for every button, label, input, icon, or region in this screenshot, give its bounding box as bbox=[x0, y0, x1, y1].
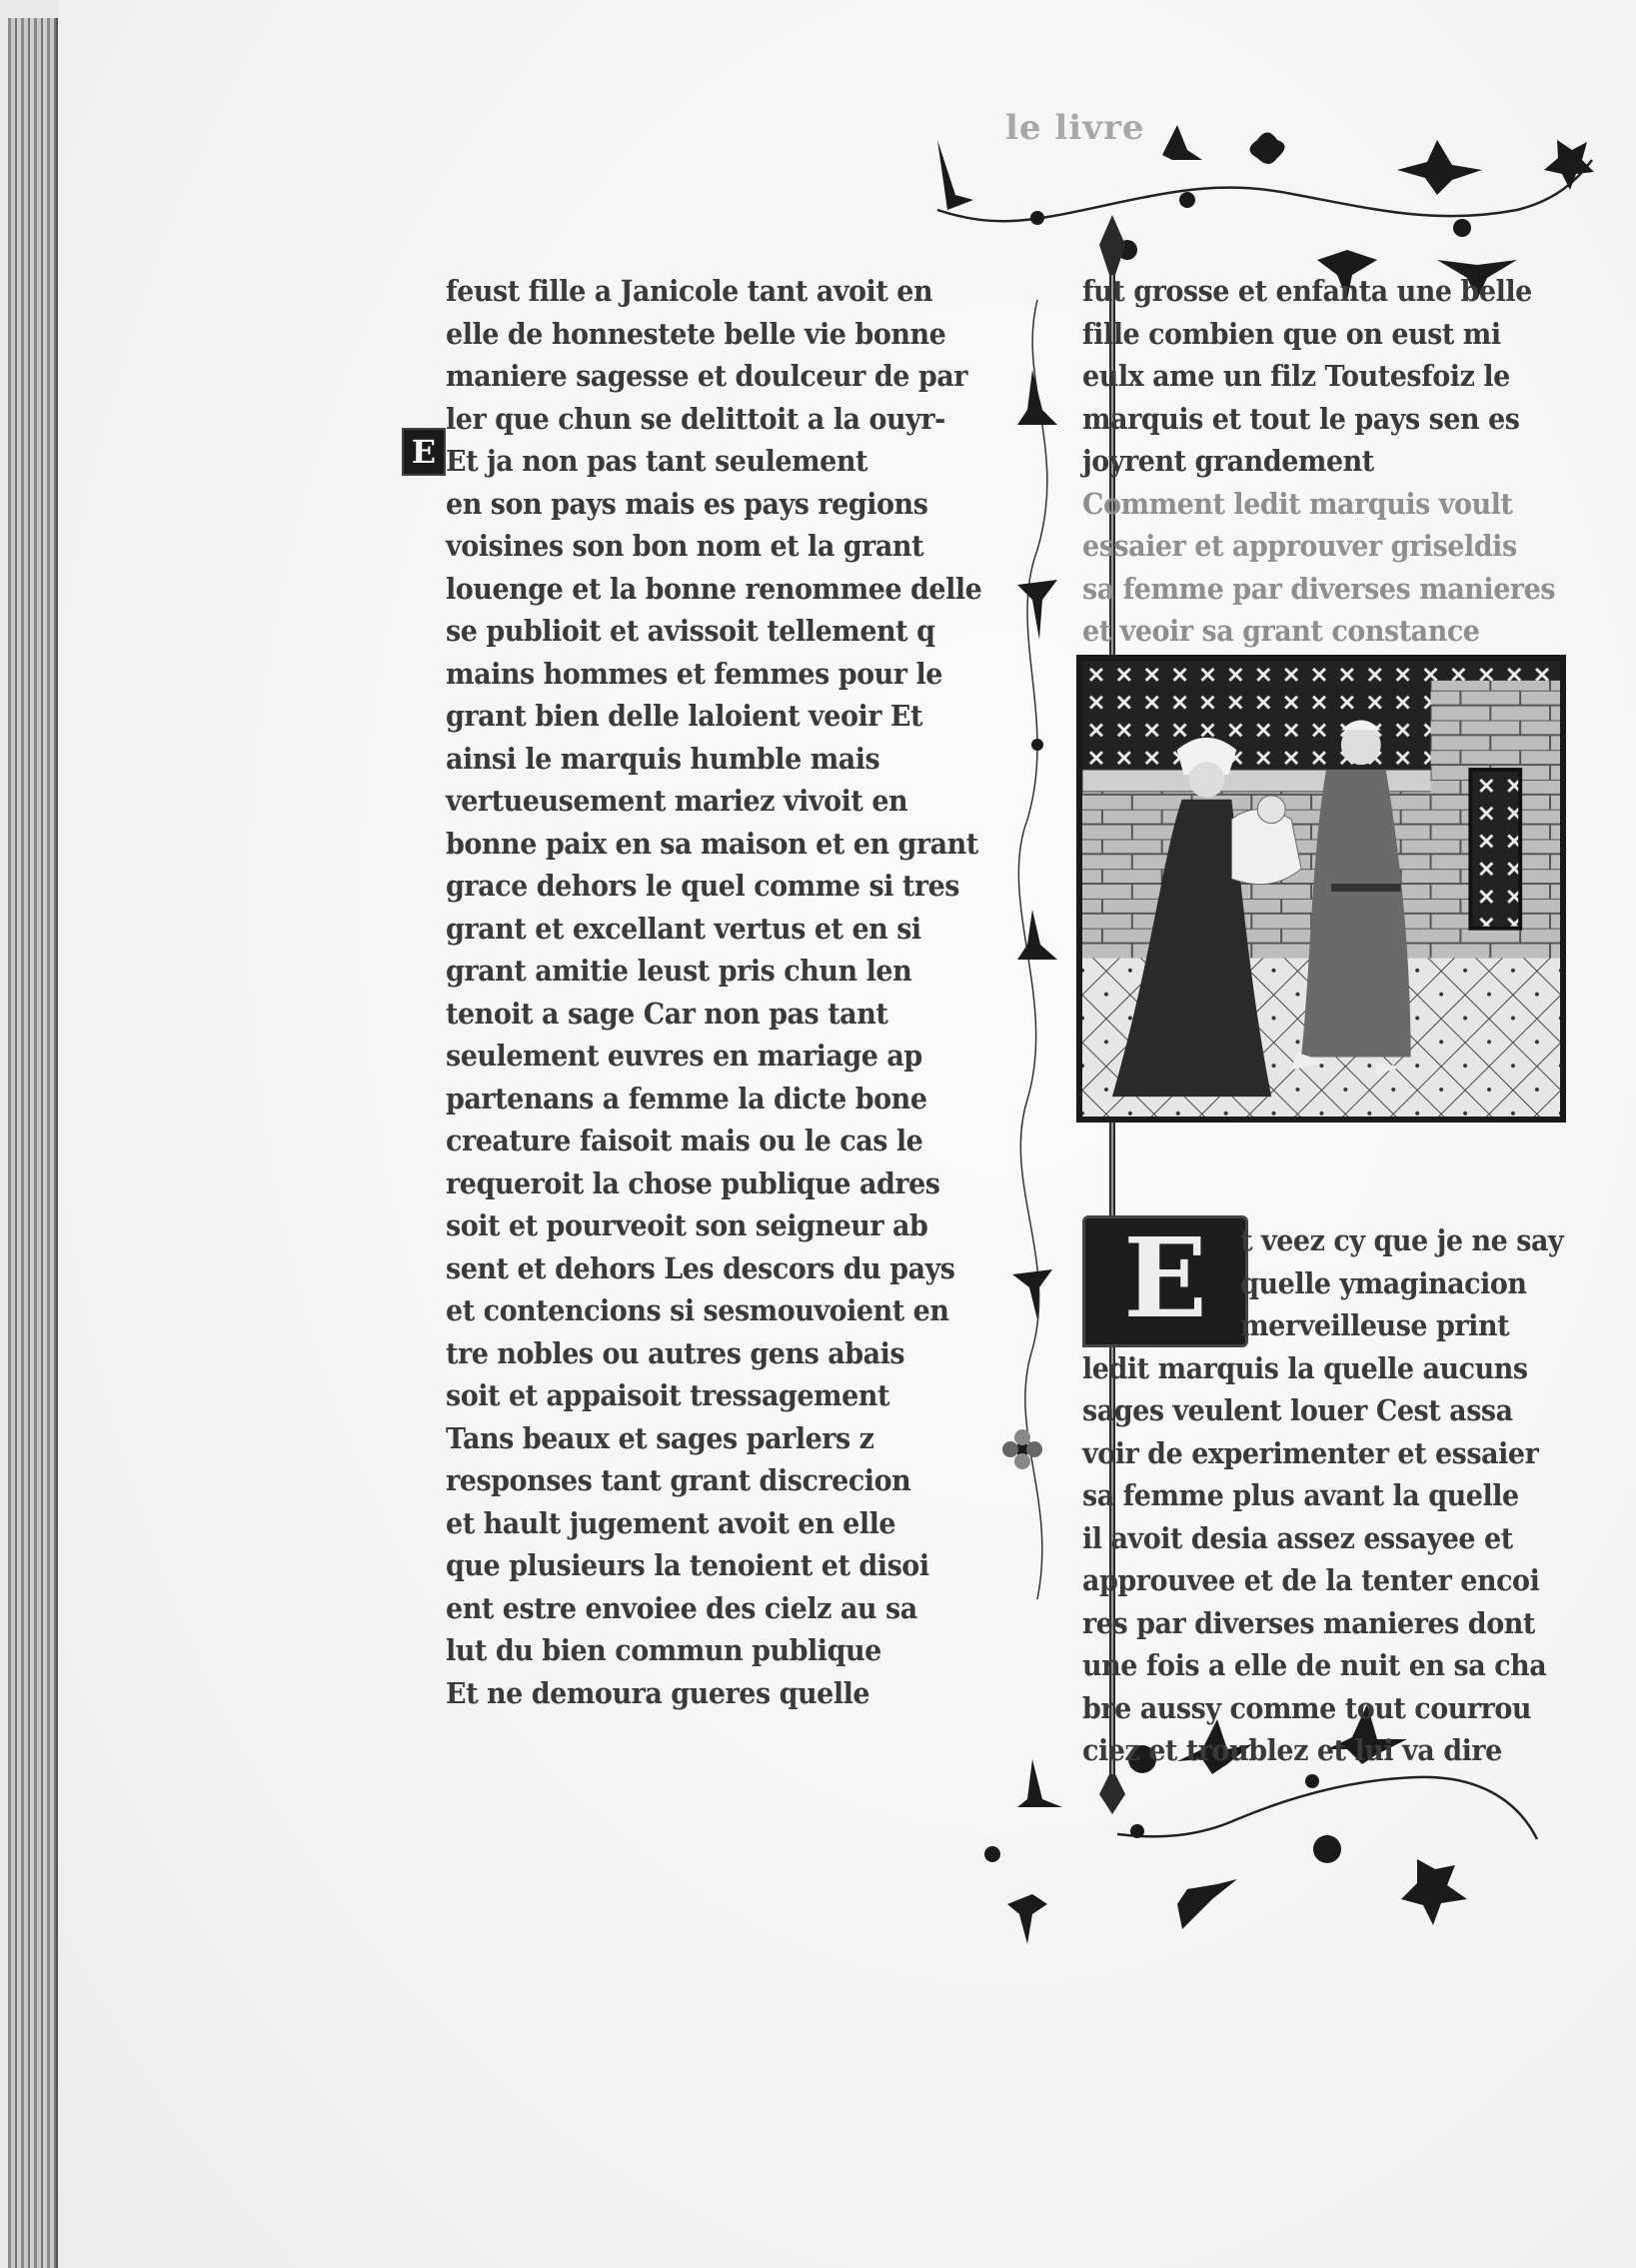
text-line: ainsi le marquis humble mais bbox=[446, 738, 966, 781]
text-line: et contencions si sesmouvoient en bbox=[446, 1289, 966, 1332]
text-line: soit et appaisoit tressagement bbox=[446, 1374, 966, 1417]
text-line: fille combien que on eust mi bbox=[1082, 313, 1575, 356]
text-line: ledit marquis la quelle aucuns bbox=[1082, 1347, 1575, 1390]
text-line: partenans a femme la dicte bone bbox=[446, 1078, 966, 1121]
text-line: vertueusement mariez vivoit en bbox=[446, 780, 966, 823]
manuscript-page: le livre bbox=[58, 0, 1636, 2268]
text-line: mains hommes et femmes pour le bbox=[446, 653, 966, 696]
text-line: creature faisoit mais ou le cas le bbox=[446, 1120, 966, 1162]
text-line: Tans beaux et sages parlers z bbox=[446, 1417, 966, 1460]
text-line: feust fille a Janicole tant avoit en bbox=[446, 270, 966, 313]
text-line: maniere sagesse et doulceur de par bbox=[446, 355, 966, 398]
text-line: tenoit a sage Car non pas tant bbox=[446, 993, 966, 1036]
text-line: sent et dehors Les descors du pays bbox=[446, 1247, 966, 1290]
left-text-column: E feust fille a Janicole tant avoit en e… bbox=[446, 270, 1005, 1714]
miniature-scene-icon bbox=[1082, 661, 1560, 1117]
text-line: une fois a elle de nuit en sa cha bbox=[1082, 1644, 1575, 1687]
text-line: voisines son bon nom et la grant bbox=[446, 525, 966, 568]
text-line: voir de experimenter et essaier bbox=[1082, 1432, 1575, 1475]
text-line: ent estre envoiee des cielz au sa bbox=[446, 1587, 966, 1630]
text-line: bre aussy comme tout courrou bbox=[1082, 1687, 1575, 1730]
text-line: bonne paix en sa maison et en grant bbox=[446, 823, 966, 866]
text-line: marquis et tout le pays sen es bbox=[1082, 398, 1575, 441]
text-line: sages veulent louer Cest assa bbox=[1082, 1389, 1575, 1432]
text-line: approuvee et de la tenter encoi bbox=[1082, 1559, 1575, 1602]
text-line: res par diverses manieres dont bbox=[1082, 1602, 1575, 1645]
text-line: grant amitie leust pris chun len bbox=[446, 950, 966, 993]
text-line: fut grosse et enfanta une belle bbox=[1082, 270, 1575, 313]
text-line: ciez et troublez et lui va dire bbox=[1082, 1729, 1575, 1772]
decorated-initial-e: E bbox=[402, 428, 446, 476]
text-line: quelle ymaginacion bbox=[1082, 1262, 1575, 1305]
text-line: Et ne demoura gueres quelle bbox=[446, 1672, 966, 1715]
text-line: grant bien delle laloient veoir Et bbox=[446, 695, 966, 738]
miniature-illustration bbox=[1076, 655, 1566, 1123]
text-line: requeroit la chose publique adres bbox=[446, 1162, 966, 1205]
text-line: et hault jugement avoit en elle bbox=[446, 1502, 966, 1545]
text-line: grace dehors le quel comme si tres bbox=[446, 865, 966, 908]
text-line: lut du bien commun publique bbox=[446, 1629, 966, 1672]
text-line: louenge et la bonne renommee delle bbox=[446, 568, 966, 611]
text-line: eulx ame un filz Toutesfoiz le bbox=[1082, 355, 1575, 398]
text-line: se publioit et avissoit tellement q bbox=[446, 610, 966, 653]
text-line: grant et excellant vertus et en si bbox=[446, 908, 966, 951]
chapter-rubric: Comment ledit marquis voult essaier et a… bbox=[1082, 483, 1612, 653]
right-text-column-top: fut grosse et enfanta une belle fille co… bbox=[1082, 270, 1612, 653]
rubric-line: Comment ledit marquis voult bbox=[1082, 483, 1575, 526]
right-text-column-bottom: E t veez cy que je ne say quelle ymagina… bbox=[1082, 1219, 1612, 1772]
book-page-edges bbox=[8, 18, 58, 2268]
text-line: responses tant grant discrecion bbox=[446, 1459, 966, 1502]
text-line: en son pays mais es pays regions bbox=[446, 483, 966, 526]
text-line: il avoit desia assez essayee et bbox=[1082, 1517, 1575, 1560]
text-line: sa femme plus avant la quelle bbox=[1082, 1474, 1575, 1517]
text-line: seulement euvres en mariage ap bbox=[446, 1035, 966, 1078]
text-line: ler que chun se delittoit a la ouyr- bbox=[446, 398, 966, 441]
rubric-line: sa femme par diverses manieres bbox=[1082, 568, 1575, 611]
text-line: soit et pourveoit son seigneur ab bbox=[446, 1204, 966, 1247]
text-line: Et ja non pas tant seulement bbox=[446, 440, 966, 483]
text-line: tre nobles ou autres gens abais bbox=[446, 1332, 966, 1375]
text-line: t veez cy que je ne say bbox=[1082, 1219, 1575, 1262]
text-line: joyrent grandement bbox=[1082, 440, 1575, 483]
rubric-line: et veoir sa grant constance bbox=[1082, 610, 1575, 653]
rubric-line: essaier et approuver griseldis bbox=[1082, 525, 1575, 568]
text-line: elle de honnestete belle vie bonne bbox=[446, 313, 966, 356]
text-line: que plusieurs la tenoient et disoi bbox=[446, 1544, 966, 1587]
text-line: merveilleuse print bbox=[1082, 1304, 1575, 1347]
